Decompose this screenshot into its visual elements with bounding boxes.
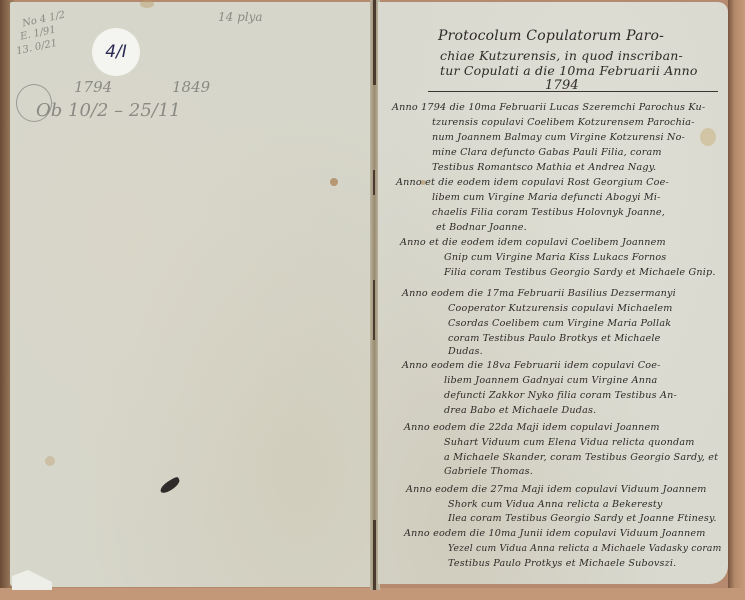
title-rule — [428, 91, 718, 92]
register-title-line-2: chiae Kutzurensis, in quod inscriban- — [440, 48, 683, 63]
entry-7-line-3: Ilea coram Testibus Georgio Sardy et Joa… — [448, 513, 717, 524]
entry-1-line-5: Testibus Romantsco Mathia et Andrea Nagy… — [432, 162, 656, 173]
entry-6-line-1: Anno eodem die 22da Maji idem copulavi J… — [404, 422, 660, 433]
entry-4-line-2: Cooperator Kutzurensis copulavi Michaele… — [448, 303, 673, 314]
folio-note: 14 plya — [218, 10, 263, 24]
entry-6-line-3: a Michaele Skander, coram Testibus Georg… — [444, 452, 718, 463]
binding-right-edge — [728, 0, 745, 600]
gutter-tear — [373, 0, 376, 85]
entry-3-line-2: Gnip cum Virgine Maria Kiss Lukacs Forno… — [444, 252, 666, 263]
year-start: 1794 — [74, 78, 112, 96]
stain — [330, 178, 338, 186]
catalog-sticker: 4/I — [92, 28, 140, 76]
entry-7-line-1: Anno eodem die 27ma Maji idem copulavi V… — [406, 484, 707, 495]
entry-4-line-1: Anno eodem die 17ma Februarii Basilius D… — [402, 288, 676, 299]
entry-2-line-1: Anno et die eodem idem copulavi Rost Geo… — [396, 177, 669, 188]
entry-2-line-2: libem cum Virgine Maria defuncti Abogyi … — [432, 192, 661, 203]
entry-6-line-4: Gabriele Thomas. — [444, 466, 533, 477]
entry-3-line-1: Anno et die eodem idem copulavi Coelibem… — [400, 237, 666, 248]
entry-4-line-5: Dudas. — [448, 346, 483, 357]
entry-1-line-2: tzurensis copulavi Coelibem Kotzurensem … — [432, 117, 695, 128]
entry-5-line-2: libem Joannem Gadnyai cum Virgine Anna — [444, 375, 657, 386]
sticker-label: 4/I — [105, 42, 127, 62]
entry-1-line-4: mine Clara defuncto Gabas Pauli Filia, c… — [432, 147, 662, 158]
date-range: Ob 10/2 – 25/11 — [36, 100, 181, 121]
entry-4-line-4: coram Testibus Paulo Brotkys et Michaele — [448, 333, 661, 344]
year-end: 1849 — [172, 78, 210, 96]
gutter-tear — [373, 170, 375, 195]
stain — [45, 456, 55, 466]
gutter-tear — [373, 520, 376, 590]
entry-8-line-3: Testibus Paulo Protkys et Michaele Subov… — [448, 558, 676, 569]
entry-8-line-2: Yezel cum Vidua Anna relicta a Michaele … — [448, 543, 722, 554]
gutter-tear — [373, 280, 375, 340]
entry-1-line-3: num Joannem Balmay cum Virgine Kotzurens… — [432, 132, 685, 143]
entry-7-line-2: Shork cum Vidua Anna relicta a Bekeresty — [448, 499, 663, 510]
stain — [700, 128, 716, 146]
entry-8-line-1: Anno eodem die 10ma Junii idem copulavi … — [404, 528, 706, 539]
entry-1-line-1: Anno 1794 die 10ma Februarii Lucas Szere… — [392, 102, 705, 113]
entry-5-line-3: defuncti Zakkor Nyko filia coram Testibu… — [444, 390, 677, 401]
entry-2-line-3: chaelis Filia coram Testibus Holovnyk Jo… — [432, 207, 665, 218]
register-title-line-1: Protocolum Copulatorum Paro- — [438, 28, 664, 44]
entry-5-line-1: Anno eodem die 18va Februarii idem copul… — [402, 360, 661, 371]
stain — [140, 0, 154, 8]
entry-6-line-2: Suhart Viduum cum Elena Vidua relicta qu… — [444, 437, 695, 448]
register-title-line-3: tur Copulati a die 10ma Februarii Anno — [440, 63, 698, 78]
entry-5-line-4: drea Babo et Michaele Dudas. — [444, 405, 596, 416]
entry-2-line-4: et Bodnar Joanne. — [436, 222, 527, 233]
entry-3-line-3: Filia coram Testibus Georgio Sardy et Mi… — [444, 267, 716, 278]
entry-4-line-3: Csordas Coelibem cum Virgine Maria Polla… — [448, 318, 671, 329]
